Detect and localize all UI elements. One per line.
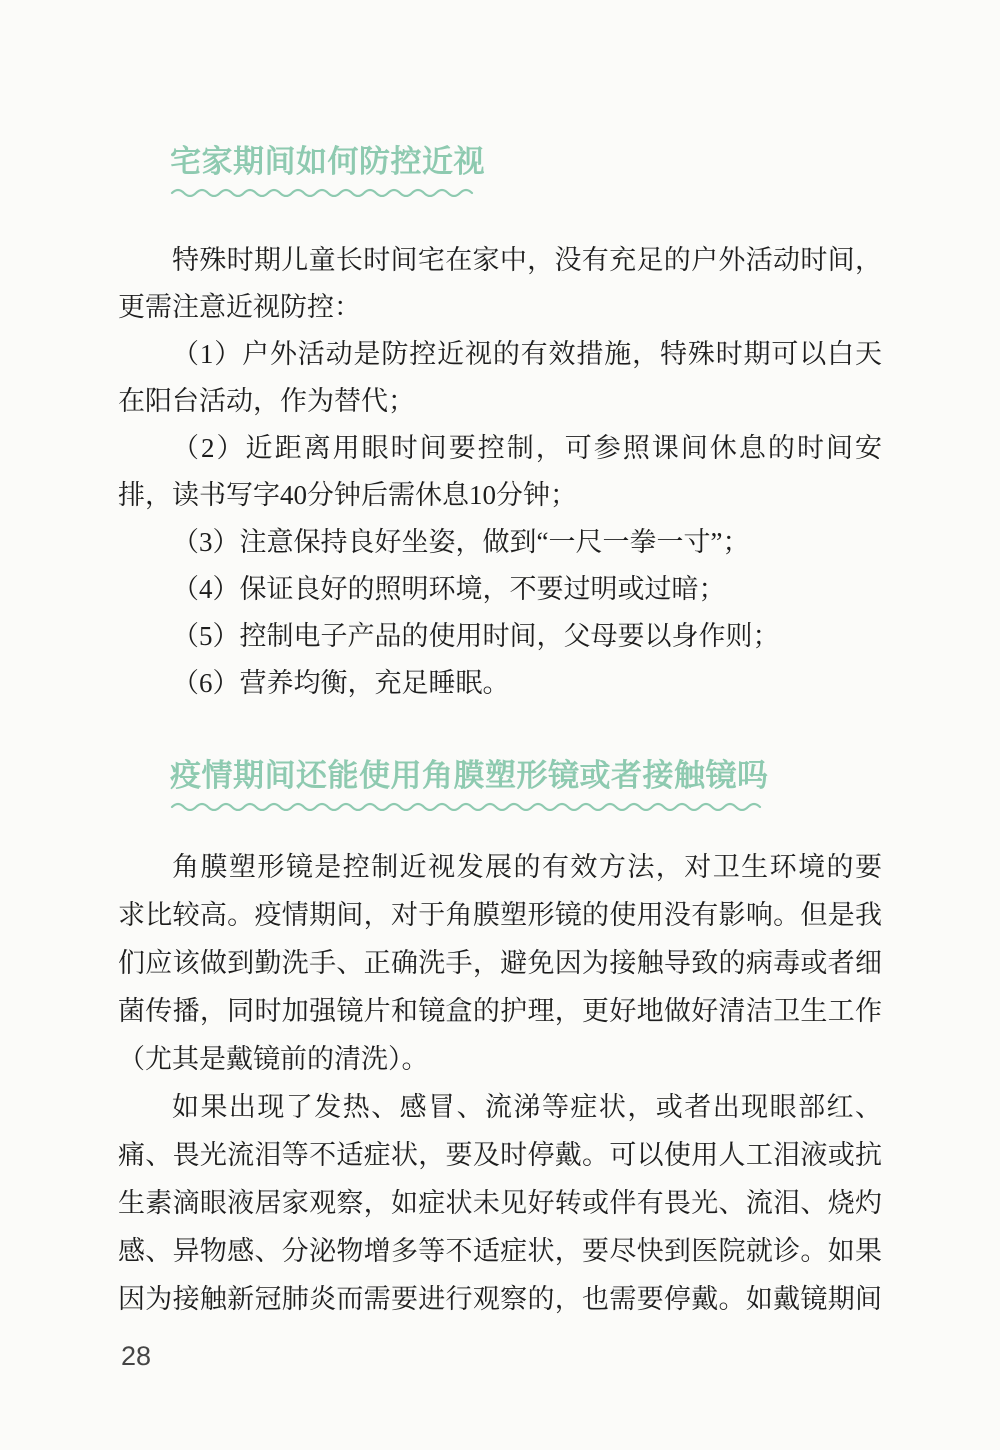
section-1-heading-block: 宅家期间如何防控近视 — [170, 144, 485, 197]
text-line: （2）近距离用眼时间要控制，可参照课间休息的时间安 — [118, 425, 882, 472]
wavy-underline-icon — [170, 185, 478, 197]
text-line: 生素滴眼液居家观察，如症状未见好转或伴有畏光、流泪、烧灼 — [118, 1179, 882, 1227]
text-line: 排，读书写字40分钟后需休息10分钟； — [118, 472, 882, 519]
text-line: 如果出现了发热、感冒、流涕等症状，或者出现眼部红、 — [118, 1083, 882, 1131]
text-line: （6）营养均衡，充足睡眠。 — [118, 660, 882, 707]
section-2-heading-block: 疫情期间还能使用角膜塑形镜或者接触镜吗 — [170, 758, 769, 811]
text-line: 痛、畏光流泪等不适症状，要及时停戴。可以使用人工泪液或抗 — [118, 1131, 882, 1179]
text-line: 感、异物感、分泌物增多等不适症状，要尽快到医院就诊。如果 — [118, 1227, 882, 1275]
text-line: 角膜塑形镜是控制近视发展的有效方法，对卫生环境的要 — [118, 843, 882, 891]
text-line: （1）户外活动是防控近视的有效措施，特殊时期可以白天 — [118, 331, 882, 378]
section-2-heading: 疫情期间还能使用角膜塑形镜或者接触镜吗 — [170, 758, 769, 794]
document-page: 宅家期间如何防控近视 特殊时期儿童长时间宅在家中，没有充足的户外活动时间， 更需… — [0, 0, 1000, 1450]
text-line: （4）保证良好的照明环境，不要过明或过暗； — [118, 566, 882, 613]
section-2-body: 角膜塑形镜是控制近视发展的有效方法，对卫生环境的要 求比较高。疫情期间，对于角膜… — [118, 843, 882, 1323]
section-1-body: 特殊时期儿童长时间宅在家中，没有充足的户外活动时间， 更需注意近视防控： （1）… — [118, 237, 882, 707]
text-line: 求比较高。疫情期间，对于角膜塑形镜的使用没有影响。但是我 — [118, 891, 882, 939]
text-line: 菌传播，同时加强镜片和镜盒的护理，更好地做好清洁卫生工作 — [118, 987, 882, 1035]
wavy-underline-icon — [170, 799, 764, 811]
text-line: （尤其是戴镜前的清洗）。 — [118, 1035, 882, 1083]
page-number: 28 — [121, 1340, 151, 1372]
text-line: 因为接触新冠肺炎而需要进行观察的，也需要停戴。如戴镜期间 — [118, 1275, 882, 1323]
text-line: 特殊时期儿童长时间宅在家中，没有充足的户外活动时间， — [118, 237, 882, 284]
text-line: （3）注意保持良好坐姿，做到“一尺一拳一寸”； — [118, 519, 882, 566]
text-line: 们应该做到勤洗手、正确洗手，避免因为接触导致的病毒或者细 — [118, 939, 882, 987]
text-line: 在阳台活动，作为替代； — [118, 378, 882, 425]
text-line: 更需注意近视防控： — [118, 284, 882, 331]
section-1-heading: 宅家期间如何防控近视 — [170, 144, 485, 180]
text-line: （5）控制电子产品的使用时间，父母要以身作则； — [118, 613, 882, 660]
